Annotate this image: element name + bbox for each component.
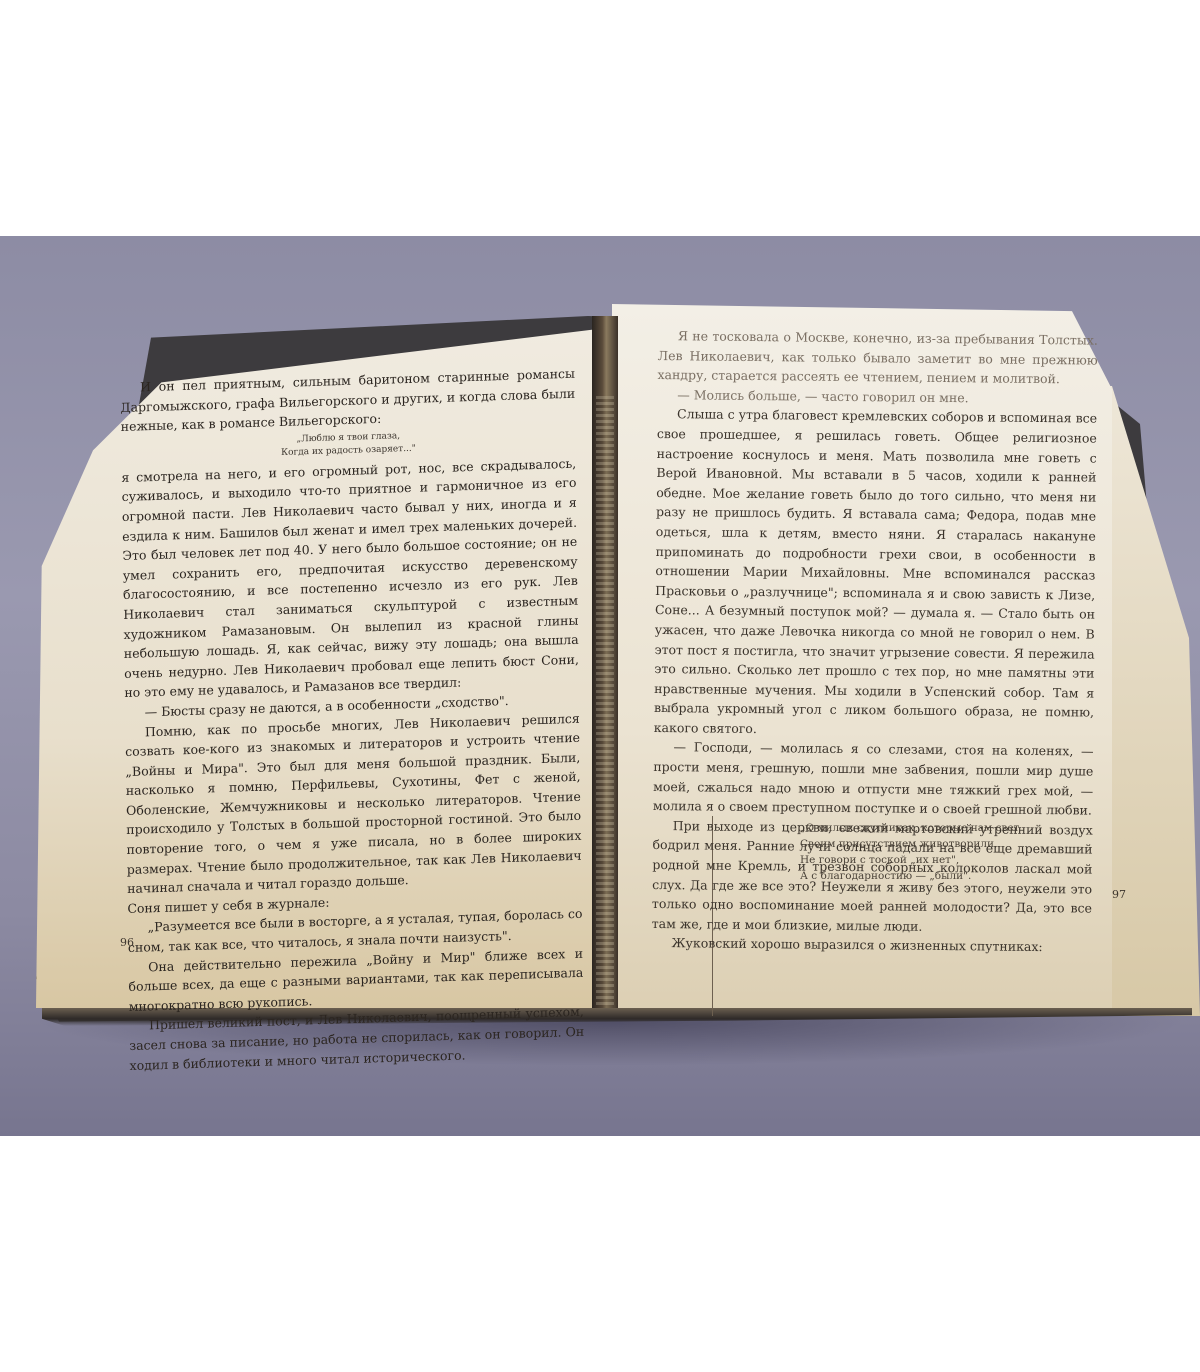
poem-line: Своим присутствием животворили, xyxy=(800,836,1100,852)
poem-line: А с благодарностию — „были". xyxy=(800,868,1100,884)
paragraph: Я не тосковала о Москве, конечно, из-за … xyxy=(657,326,1098,389)
binding-thread xyxy=(596,396,614,1016)
paragraph: Слыша с утра благовест кремлевских собор… xyxy=(654,404,1097,742)
page-number-right: 97 xyxy=(1112,888,1126,901)
paragraph: Помню, как по просьбе многих, Лев Никола… xyxy=(125,708,582,899)
paragraph: я смотрела на него, и его огромный рот, … xyxy=(121,453,579,702)
zhukovsky-poem: „О милых спутниках, которые нам свет Сво… xyxy=(800,820,1100,884)
photo-background: И он пел приятным, сильным баритоном ста… xyxy=(0,236,1200,1136)
page-number-left: 96 xyxy=(120,936,134,949)
poem-line: Не говори с тоской „их нет", xyxy=(800,852,1100,868)
paragraph: — Господи, — молилась я со слезами, стоя… xyxy=(653,737,1094,820)
left-page-text: И он пел приятным, сильным баритоном ста… xyxy=(120,364,585,1076)
poem-line: „О милых спутниках, которые нам свет xyxy=(800,820,1100,836)
